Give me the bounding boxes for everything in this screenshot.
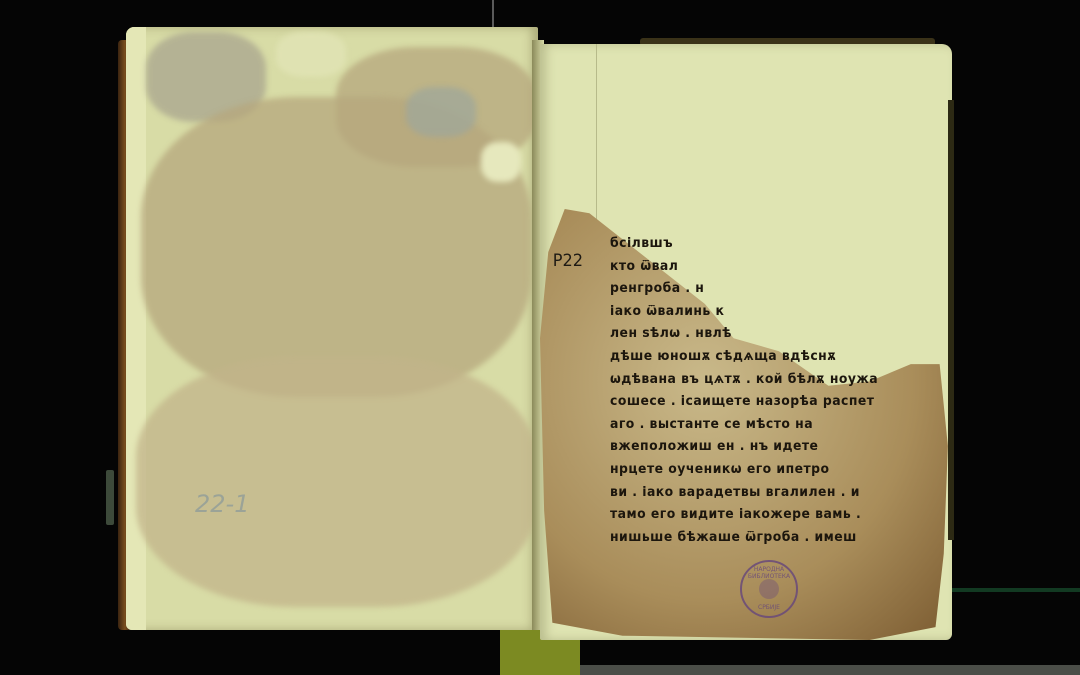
- folio-number: P22: [553, 251, 583, 271]
- paper-fold: [596, 44, 597, 224]
- clean-patch: [481, 142, 521, 182]
- clean-patch: [276, 32, 346, 77]
- right-page: P22 бсiлвшъ кто ѿвал ренгроба . н іако ѿ…: [540, 44, 952, 640]
- text-line: бсiлвшъ: [610, 232, 914, 255]
- stain: [141, 97, 531, 397]
- book-clasp: [106, 470, 114, 525]
- text-line: вжеположиш ен . нъ идете: [610, 435, 914, 458]
- stain: [136, 357, 536, 607]
- text-line: ви . іако варадетвы вгалилен . и: [610, 481, 914, 504]
- manuscript-photo: 22-1 P22 бсiлвшъ кто ѿвал ренгроба . н і…: [0, 0, 1080, 675]
- stamp-label: СРБИЈЕ: [742, 604, 796, 611]
- text-line: нишьше бѣжаше ѿгроба . имеш: [610, 526, 914, 549]
- manuscript-text: бсiлвшъ кто ѿвал ренгроба . н іако ѿвали…: [610, 232, 940, 548]
- text-line: кто ѿвал: [610, 255, 914, 278]
- text-line: ѡдѣвана въ цѧтѫ . кой бѣлѫ ноужа: [610, 368, 914, 391]
- text-line: сошесе . ісаищете назорѣа распет: [610, 390, 914, 413]
- text-line: тамо его видите іакожере вамь .: [610, 503, 914, 526]
- text-line: дѣше юношѫ сѣдѧща вдѣснѫ: [610, 345, 914, 368]
- text-line: іако ѿвалинь к: [610, 300, 914, 323]
- page-edge: [126, 27, 146, 630]
- library-stamp: НАРОДНА БИБЛИОТЕКА СРБИЈЕ: [740, 560, 798, 618]
- text-line: нрцете оученикѡ его ипетро: [610, 458, 914, 481]
- left-page: [126, 27, 538, 630]
- text-line: ренгроба . н: [610, 277, 914, 300]
- text-line: аго . выстанте се мѣсто на: [610, 413, 914, 436]
- backdrop-strip: [580, 665, 1080, 675]
- stain: [406, 87, 476, 137]
- text-line: лен ѕѣлѡ . нвлѣ: [610, 322, 914, 345]
- shelfmark-note: 22-1: [195, 490, 249, 518]
- coat-of-arms-icon: [759, 579, 779, 599]
- page-stack-edge: [948, 100, 954, 540]
- stamp-label: НАРОДНА БИБЛИОТЕКА: [742, 566, 796, 580]
